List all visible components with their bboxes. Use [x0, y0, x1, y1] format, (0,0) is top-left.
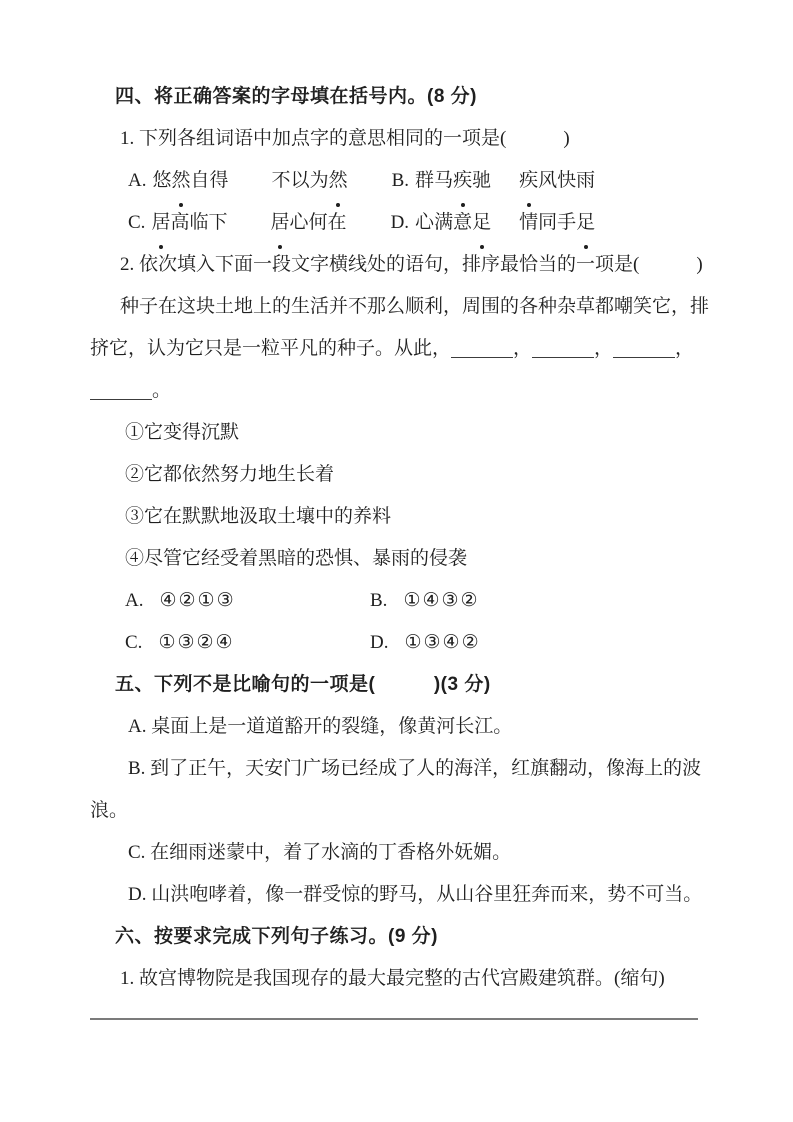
q1-option-b-label: B.	[392, 170, 409, 191]
s5-option-b-line-1: B. 到了正午，天安门广场已经成了人的海洋，红旗翻动，像海上的波	[90, 748, 722, 790]
q1-option-d-word-2: 情同手足	[519, 202, 595, 244]
q2-choice-b: B.①④③②	[370, 590, 480, 611]
s5-option-b-line-2: 浪。	[90, 790, 722, 832]
q2-choice-d-value: ①③④②	[404, 632, 480, 653]
q1-option-d-word-1: 心满意足	[415, 202, 491, 244]
answer-blank	[613, 339, 675, 358]
q2-item-3: ③它在默默地汲取土壤中的养料	[90, 496, 722, 538]
exam-paper-page: 四、将正确答案的字母填在括号内。(8 分) 1. 下列各组词语中加点字的意思相同…	[0, 0, 793, 1122]
q1-option-a-word-2: 不以为然	[272, 160, 348, 202]
answer-blank	[532, 339, 594, 358]
q1-option-d-label: D.	[391, 212, 409, 233]
q1-option-a-word-1: 悠然自得	[152, 160, 228, 202]
q2-passage-line-3: 。	[90, 370, 722, 412]
q1-stem: 1. 下列各组词语中加点字的意思相同的一项是( )	[90, 118, 722, 160]
q2-passage-line-1: 种子在这块土地上的生活并不那么顺利，周围的各种杂草都嘲笑它，排	[90, 286, 722, 328]
section-4-heading: 四、将正确答案的字母填在括号内。(8 分)	[90, 76, 722, 118]
q1-option-c-label: C.	[128, 212, 145, 233]
s5-option-c: C. 在细雨迷蒙中，着了水滴的丁香格外妩媚。	[90, 832, 722, 874]
answer-blank	[90, 381, 152, 400]
q1-option-c-word-2: 居心何在	[271, 202, 347, 244]
section-5-heading: 五、下列不是比喻句的一项是( )(3 分)	[90, 664, 722, 706]
q2-choice-c-label: C.	[125, 632, 142, 653]
q2-choice-a-value: ④②①③	[159, 590, 235, 611]
q1-options-row-ab: A.悠然自得不以为然B.群马疾驰疾风快雨	[90, 160, 722, 202]
q2-item-4: ④尽管它经受着黑暗的恐惧、暴雨的侵袭	[90, 538, 722, 580]
q1-option-c-word-1: 居高临下	[151, 202, 227, 244]
q2-choice-c-value: ①③②④	[158, 632, 234, 653]
q2-passage-line-2: 挤它，认为它只是一粒平凡的种子。从此，，，，	[90, 328, 722, 370]
q2-choice-c: C.①③②④	[125, 622, 370, 664]
q2-item-1: ①它变得沉默	[90, 412, 722, 454]
q2-choices-row-ab: A.④②①③B.①④③②	[90, 580, 722, 622]
q2-item-2: ②它都依然努力地生长着	[90, 454, 722, 496]
q2-choice-b-value: ①④③②	[403, 590, 479, 611]
q1-options-row-cd: C.居高临下居心何在D.心满意足情同手足	[90, 202, 722, 244]
q1-option-b-word-2: 疾风快雨	[519, 160, 595, 202]
s6-q1: 1. 故宫博物院是我国现存的最大最完整的古代宫殿建筑群。(缩句)	[90, 958, 722, 1000]
q2-stem: 2. 依次填入下面一段文字横线处的语句，排序最恰当的一项是( )	[90, 244, 722, 286]
answer-blank	[451, 339, 513, 358]
q2-choices-row-cd: C.①③②④D.①③④②	[90, 622, 722, 664]
q2-choice-a: A.④②①③	[125, 580, 370, 622]
q2-choice-d-label: D.	[370, 632, 388, 653]
page-footer-divider	[90, 1018, 698, 1020]
s5-option-d: D. 山洪咆哮着，像一群受惊的野马，从山谷里狂奔而来，势不可当。	[90, 874, 722, 916]
q2-choice-a-label: A.	[125, 590, 143, 611]
q1-option-b-word-1: 群马疾驰	[415, 160, 491, 202]
q1-option-a-label: A.	[128, 170, 146, 191]
s5-option-a: A. 桌面上是一道道豁开的裂缝，像黄河长江。	[90, 706, 722, 748]
q2-choice-d: D.①③④②	[370, 632, 481, 653]
section-6-heading: 六、按要求完成下列句子练习。(9 分)	[90, 916, 722, 958]
exam-body: 四、将正确答案的字母填在括号内。(8 分) 1. 下列各组词语中加点字的意思相同…	[90, 76, 722, 1000]
q2-choice-b-label: B.	[370, 590, 387, 611]
